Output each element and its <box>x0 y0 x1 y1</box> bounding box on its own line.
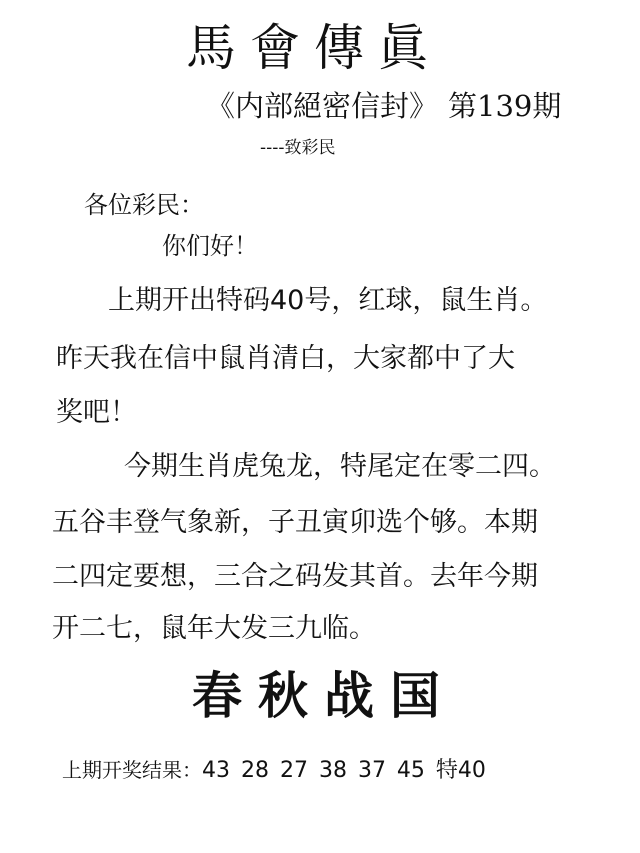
subtitle-row: 《内部絕密信封》第139期 <box>206 84 561 125</box>
results-label: 上期开奖结果： <box>62 758 202 782</box>
letter-line: 今期生肖虎兔龙，特尾定在零二四。 <box>124 444 556 483</box>
letter-line: 奖吧！ <box>56 390 137 429</box>
results-numbers: 43 28 27 38 37 45 特40 <box>202 758 486 783</box>
letter-line: 上期开出特码40号，红球，鼠生肖。 <box>108 278 547 317</box>
subtitle: 《内部絕密信封》 <box>206 89 438 123</box>
section-title: 春秋战国 <box>192 656 456 728</box>
letter-hello: 你们好！ <box>162 226 258 261</box>
signoff: ----致彩民 <box>260 133 336 158</box>
issue-number: 第139期 <box>448 89 561 123</box>
letter-line: 五谷丰登气象新，子丑寅卯选个够。本期 <box>52 500 538 539</box>
letter-line: 昨天我在信中鼠肖清白，大家都中了大 <box>56 336 515 375</box>
letter-line: 二四定要想，三合之码发其首。去年今期 <box>52 554 538 593</box>
page-title: 馬會傳眞 <box>186 8 442 80</box>
letter-greeting: 各位彩民： <box>84 185 204 220</box>
previous-results: 上期开奖结果：43 28 27 38 37 45 特40 <box>62 753 486 784</box>
letter-line: 开二七，鼠年大发三九临。 <box>52 606 376 645</box>
